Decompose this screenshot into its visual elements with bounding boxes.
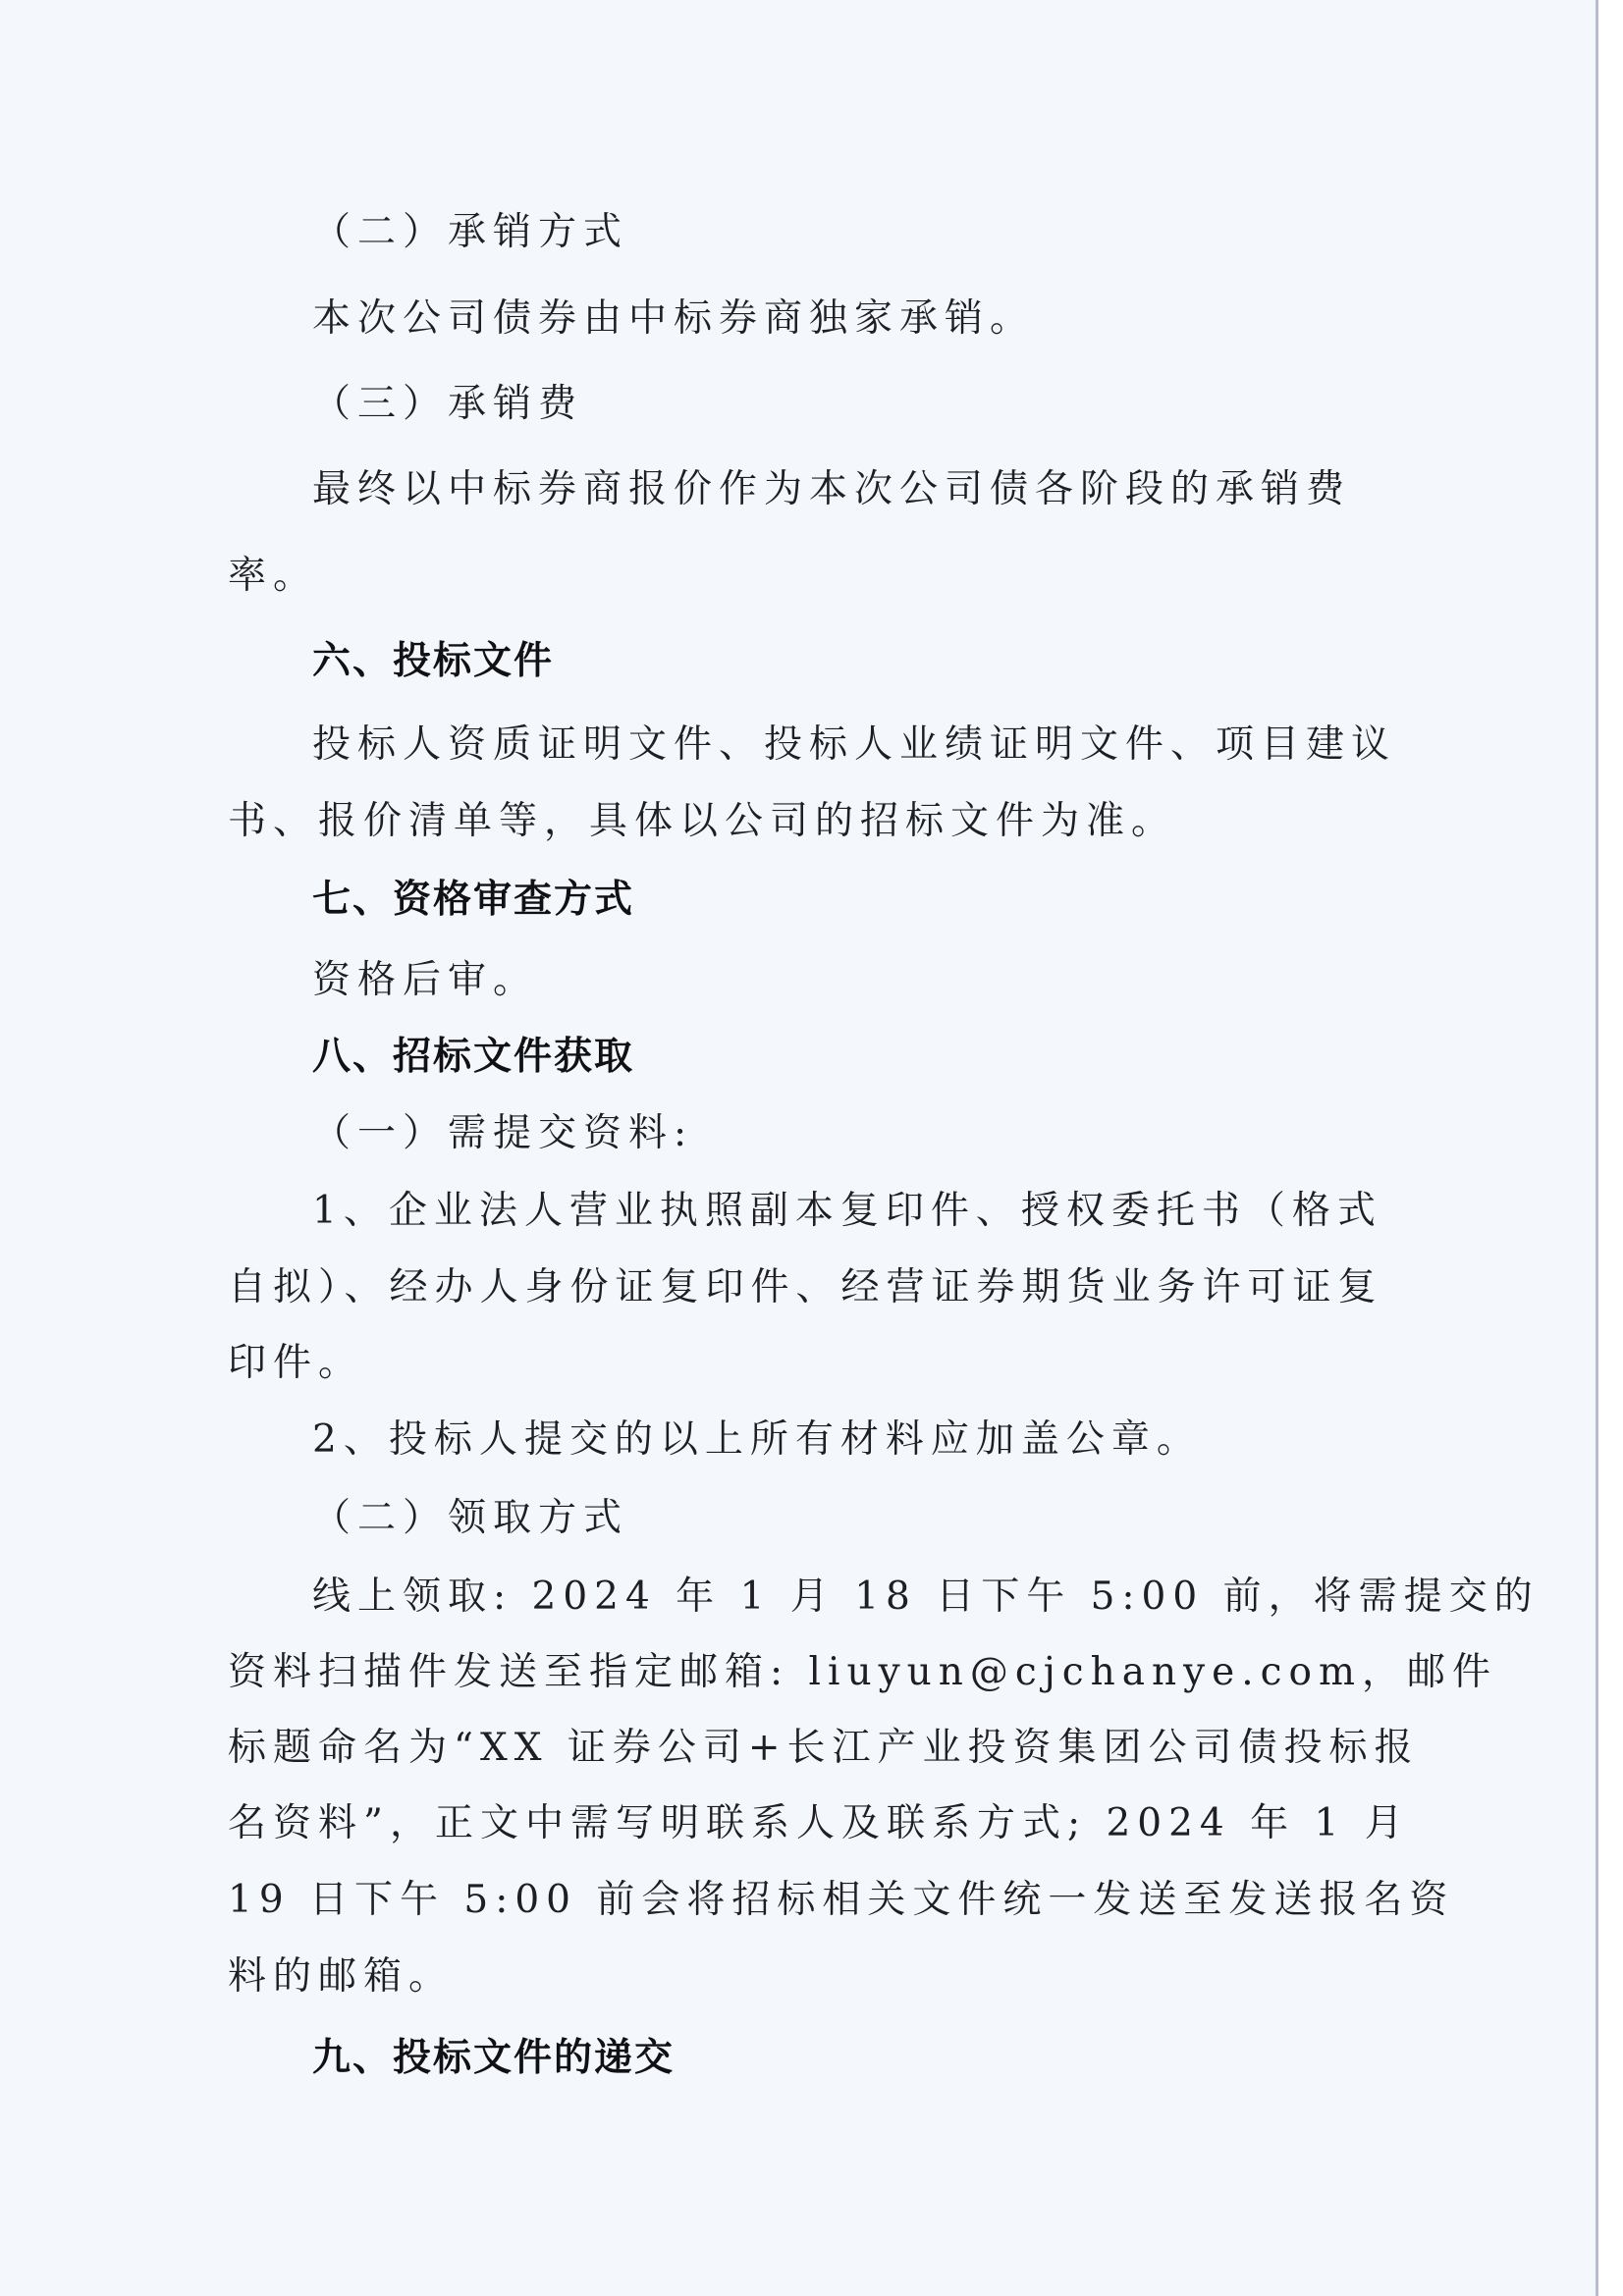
paragraph-qualification-review: 资格后审。 xyxy=(312,949,538,1004)
paragraph-collection-line2: 资料扫描件发送至指定邮箱: liuyun@cjchanye.com，邮件 xyxy=(228,1641,1497,1696)
section-heading-bid-documents: 六、投标文件 xyxy=(312,630,554,685)
paragraph-collection-line3: 标题命名为“XX 证券公司+长江产业投资集团公司债投标报 xyxy=(228,1717,1420,1772)
sub-heading-required-materials: （一）需提交资料: xyxy=(312,1102,693,1157)
sub-heading-collection-method: （二）领取方式 xyxy=(312,1487,628,1542)
sub-heading-underwriting-fee: （三）承销费 xyxy=(312,373,583,428)
section-heading-bid-submission: 九、投标文件的递交 xyxy=(312,2027,675,2082)
paragraph-collection-line4: 名资料”，正文中需写明联系人及联系方式; 2024 年 1 月 xyxy=(228,1792,1410,1847)
paragraph-collection-line1: 线上领取: 2024 年 1 月 18 日下午 5:00 前，将需提交的 xyxy=(312,1566,1540,1621)
paragraph-bid-documents-line2: 书、报价清单等，具体以公司的招标文件为准。 xyxy=(228,790,1176,845)
paragraph-collection-line5: 19 日下午 5:00 前会将招标相关文件统一发送至发送报名资 xyxy=(228,1869,1454,1924)
paragraph-underwriting-fee-line2: 率。 xyxy=(228,545,318,600)
list-item-1-line3: 印件。 xyxy=(228,1332,363,1387)
document-page: （二）承销方式 本次公司债券由中标券商独家承销。 （三）承销费 最终以中标券商报… xyxy=(0,0,1598,2296)
paragraph-collection-line6: 料的邮箱。 xyxy=(228,1946,454,2001)
paragraph-underwriting-fee-line1: 最终以中标券商报价作为本次公司债各阶段的承销费 xyxy=(312,458,1351,513)
section-heading-tender-acquisition: 八、招标文件获取 xyxy=(312,1026,634,1081)
sub-heading-underwriting-method: （二）承销方式 xyxy=(312,201,628,256)
list-item-1-line2: 自拟）、经办人身份证复印件、经营证券期货业务许可证复 xyxy=(228,1256,1383,1311)
list-item-2: 2、投标人提交的以上所有材料应加盖公章。 xyxy=(312,1409,1202,1464)
section-heading-qualification-review: 七、资格审查方式 xyxy=(312,869,634,924)
paragraph-underwriting-method: 本次公司债券由中标券商独家承销。 xyxy=(312,288,1035,343)
paragraph-bid-documents-line1: 投标人资质证明文件、投标人业绩证明文件、项目建议 xyxy=(312,714,1396,769)
list-item-1-line1: 1、企业法人营业执照副本复印件、授权委托书（格式 xyxy=(312,1180,1382,1235)
